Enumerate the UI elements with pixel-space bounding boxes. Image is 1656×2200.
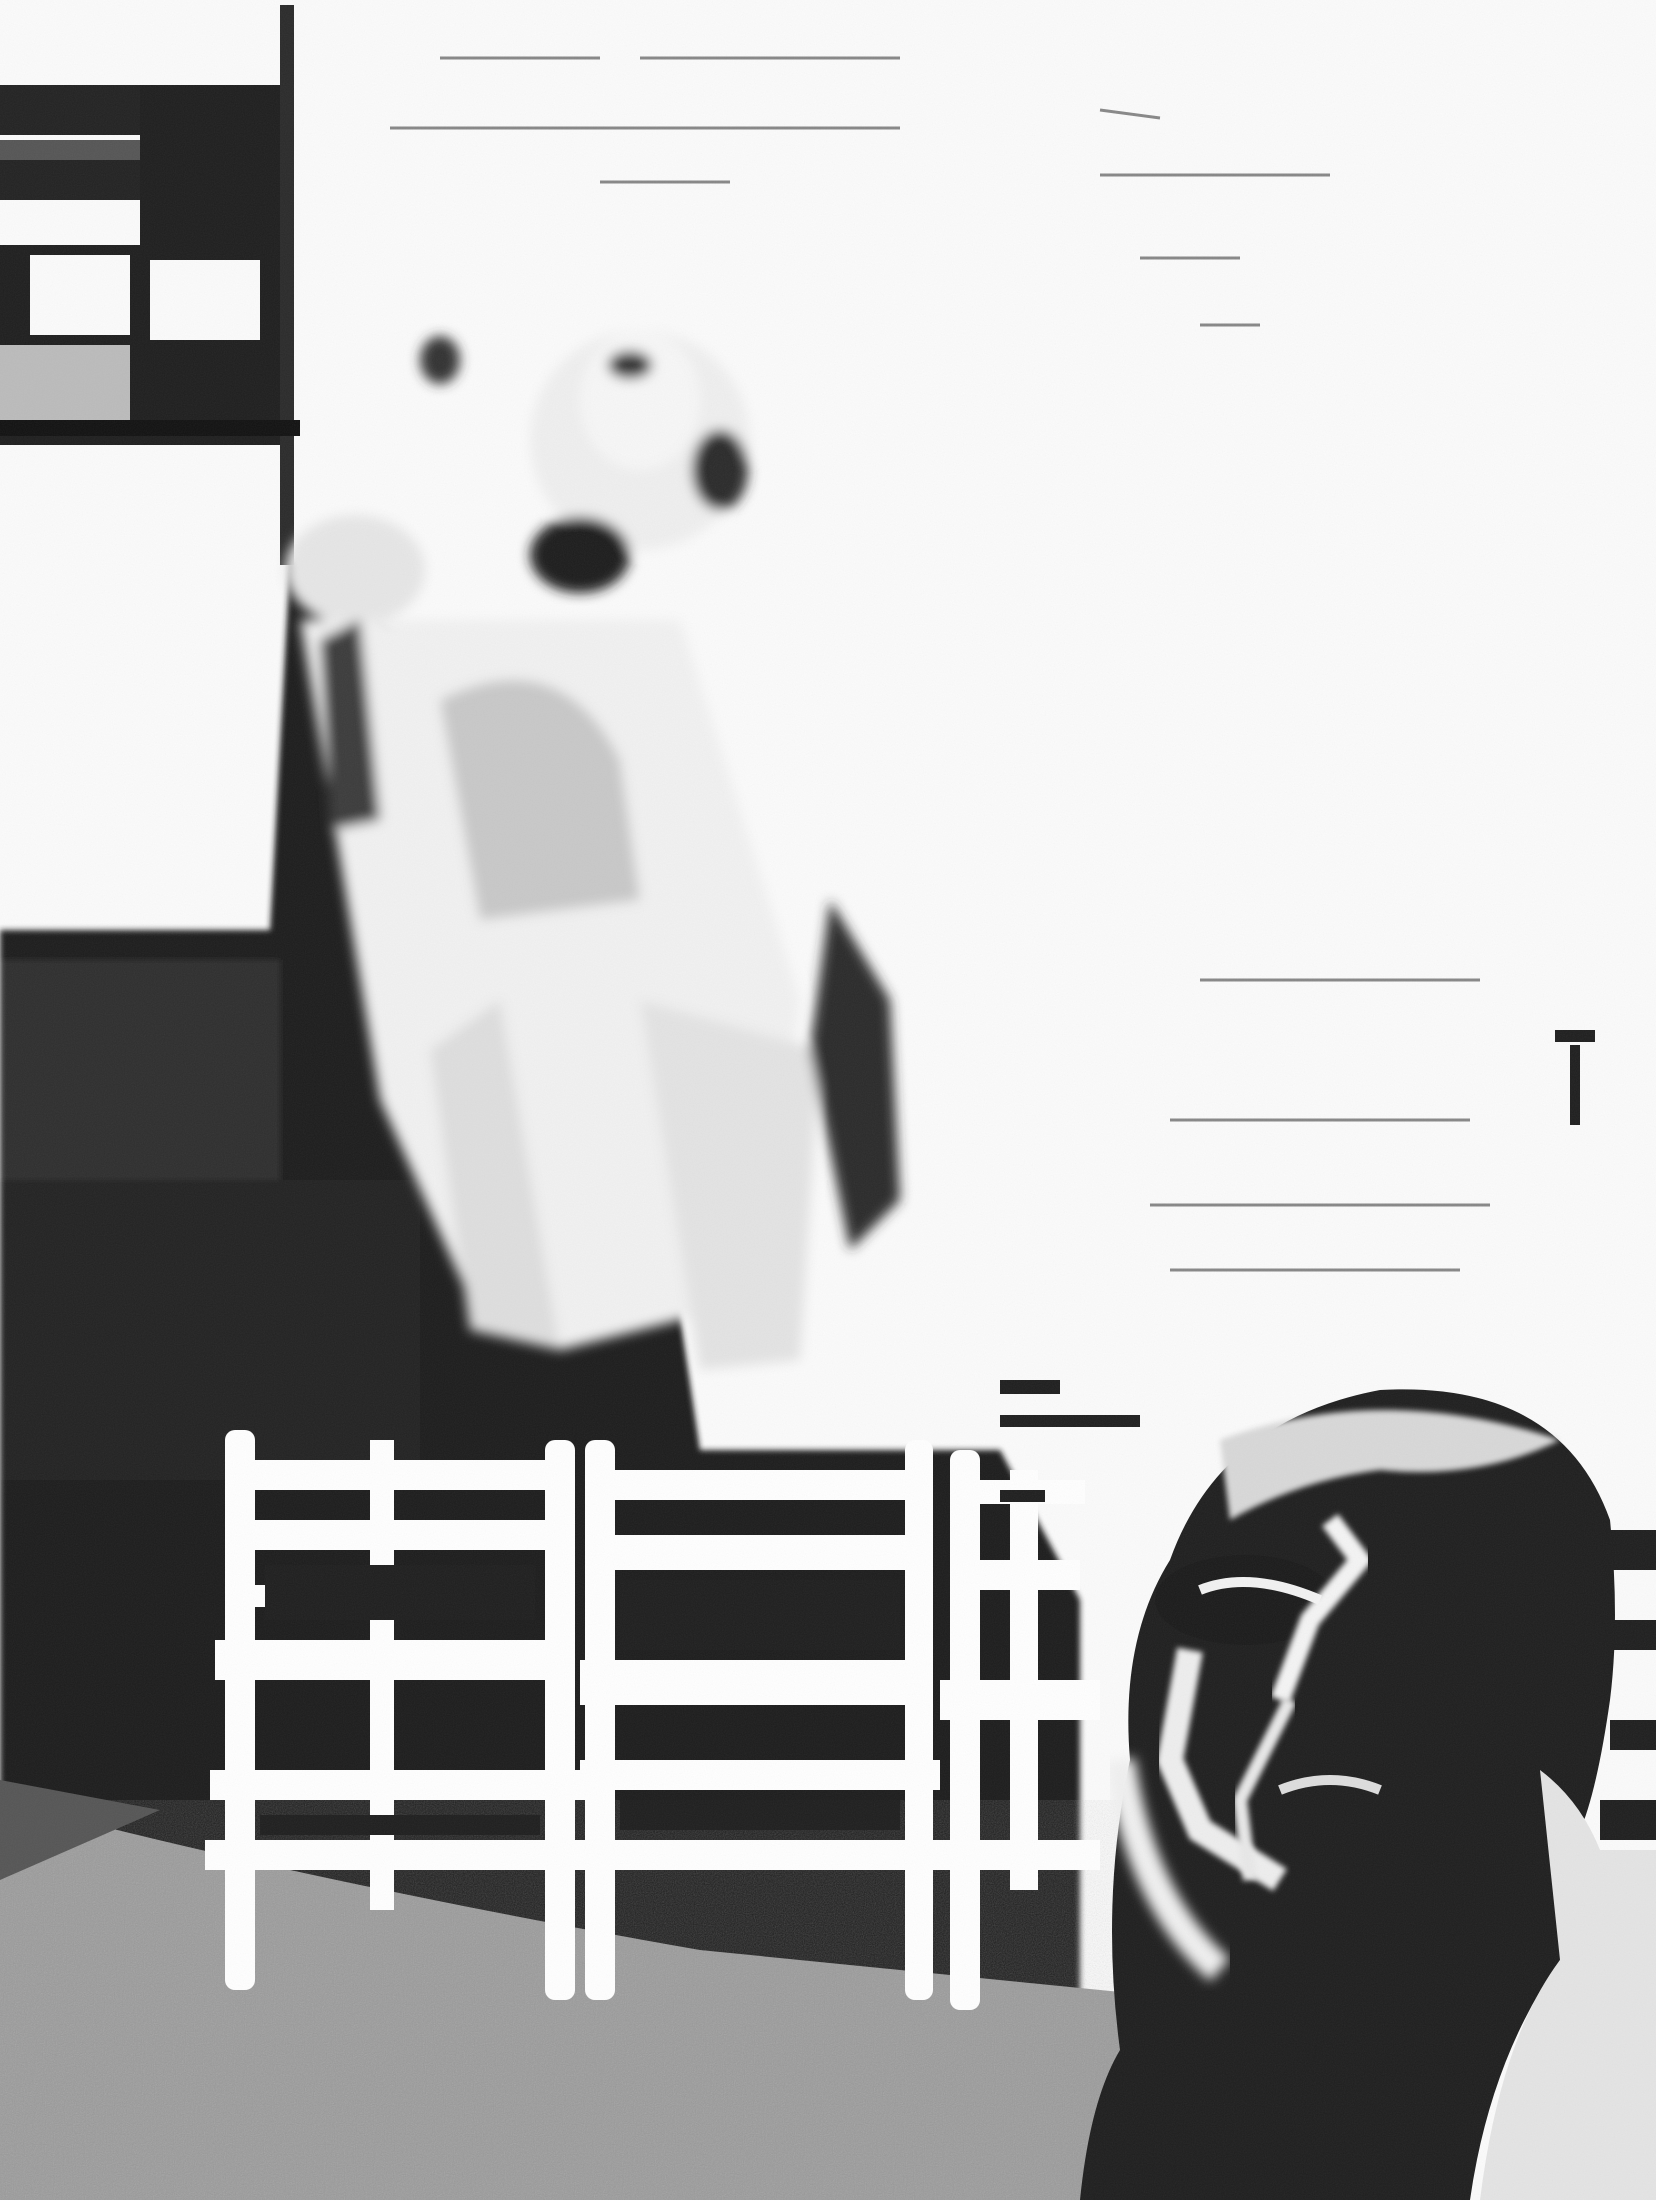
scene-artwork	[0, 0, 1656, 2200]
photocopy-grain	[0, 0, 1656, 2200]
photocopy-scene: Grainy high-contrast black-and-white pho…	[0, 0, 1656, 2200]
